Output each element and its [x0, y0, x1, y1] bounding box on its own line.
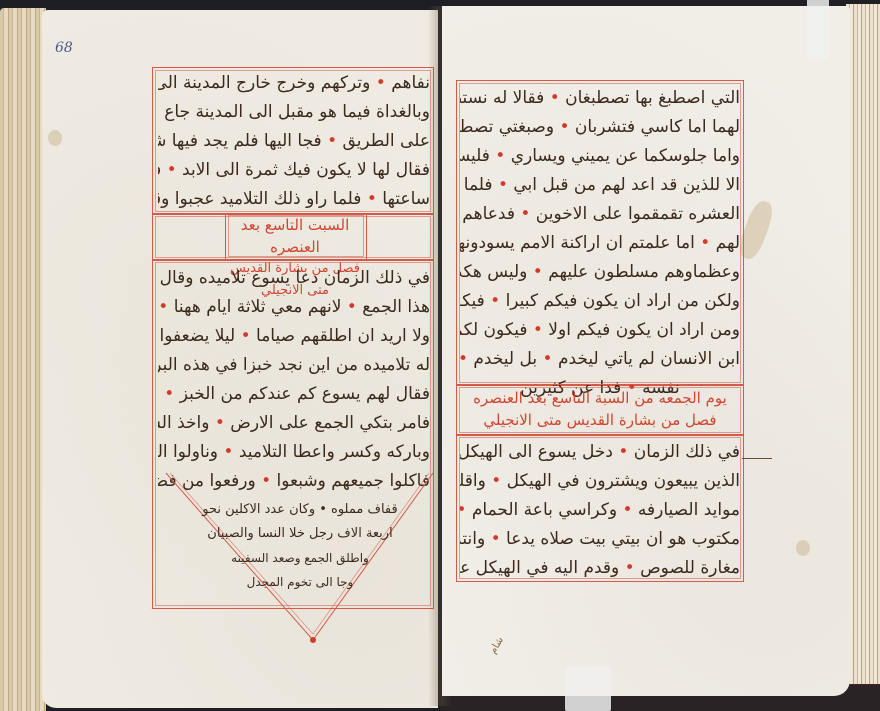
rubric-title: السبت التاسع بعد العنصره	[225, 214, 365, 258]
text-line: له تلاميده من اين نجد خبزا في هذه البريه…	[158, 351, 430, 380]
paper-stain	[796, 540, 810, 556]
text-line: الذين يبيعون ويشترون في الهيكل • واقلب	[460, 467, 740, 496]
text-line: في ذلك الزمان • دخل يسوع الى الهيكل واخر…	[460, 438, 740, 467]
text-line: نفاهم • وتركهم وخرج خارج المدينة الى بيت…	[158, 69, 430, 98]
text-line: فقال لها لا يكون فيك ثمرة الى الابد • في…	[158, 156, 430, 185]
folio-number: 68	[55, 40, 73, 56]
text-line: وجا الى تخوم المجدل	[200, 570, 400, 594]
bookmark-tab-bottom	[565, 666, 611, 711]
rubric-subtitle: فصل من بشارة القديس متى الانجيلي	[460, 409, 740, 431]
right-body-text: في ذلك الزمان • دخل يسوع الى الهيكل واخر…	[460, 438, 740, 583]
left-body-text: في ذلك الزمان دعا يسوع تلاميده وقال لهم …	[158, 264, 430, 496]
text-line: وباركه وكسر واعطا التلاميد • وناولوا الت…	[158, 438, 430, 467]
text-line: وبالغداة فيما هو مقبل الى المدينة جاع • …	[158, 98, 430, 127]
text-line: ابن الانسان لم ياتي ليخدم • بل ليخدم • و…	[460, 345, 740, 374]
text-line: لهم • اما علمتم ان اراكنة الامم يسودونهم	[460, 229, 740, 258]
text-line: العشره تقمقموا على الاخوين • فدعاهم يسوع…	[460, 200, 740, 229]
text-line: فقال لهم يسوع كم عندكم من الخبز • فقالوا…	[158, 380, 430, 409]
margin-line	[742, 458, 772, 459]
text-line: موايد الصيارفه • وكراسي باعة الحمام • وق…	[460, 496, 740, 525]
text-line: الا للذين قد اعد لهم من قبل ابي • فلما س…	[460, 171, 740, 200]
page-edges-right	[846, 4, 880, 684]
text-line: التي اصطبغ بها تصطبغان • فقالا له نستطيع…	[460, 84, 740, 113]
text-line: هذا الجمع • لانهم معي ثلاثة ايام ههنا • …	[158, 293, 430, 322]
page-edges-left	[0, 8, 46, 711]
text-line: على الطريق • فجا اليها فلم يجد فيها شيا …	[158, 127, 430, 156]
text-line: قفاف مملوه • وكان عدد الاكلين نحو	[200, 498, 400, 522]
text-line: ساعتها • فلما راو ذلك التلاميد عجبوا وقا…	[158, 185, 430, 214]
triangle-text: قفاف مملوه • وكان عدد الاكلين نحو اربعة …	[200, 498, 400, 594]
rubric-title: يوم الجمعه من السبة التاسع بعد العنصره	[460, 387, 740, 409]
text-line: واما جلوسكما عن يميني ويساري • فليس لي ا…	[460, 142, 740, 171]
right-top-text: التي اصطبغ بها تصطبغان • فقالا له نستطيع…	[460, 84, 740, 403]
text-line: مكتوب هو ان بيتي بيت صلاه يدعا • وانتم ج…	[460, 525, 740, 554]
right-rubric: يوم الجمعه من السبة التاسع بعد العنصره ف…	[460, 387, 740, 431]
paper-stain	[48, 130, 62, 146]
open-manuscript: 68 نفاهم • وتركهم وخرج خارج المدينة الى …	[0, 0, 880, 711]
text-line: مغارة للصوص • وقدم اليه في الهيكل عميان …	[460, 554, 740, 583]
text-line: ولا اريد ان اطلقهم صياما • ليلا يضعفوا ف…	[158, 322, 430, 351]
text-line: وعظماوهم مسلطون عليهم • وليس هكذا يكون ف…	[460, 258, 740, 287]
text-line: ومن اراد ان يكون فيكم اولا • فيكون لكم ع…	[460, 316, 740, 345]
text-line: في ذلك الزمان دعا يسوع تلاميده وقال لهم …	[158, 264, 430, 293]
text-line: ولكن من اراد ان يكون فيكم كبيرا • فيكون …	[460, 287, 740, 316]
left-top-text: نفاهم • وتركهم وخرج خارج المدينة الى بيت…	[158, 69, 430, 214]
bookmark-tab-top	[807, 0, 829, 62]
text-line: فامر بتكي الجمع على الارض • واخذ السبع خ…	[158, 409, 430, 438]
text-line: واطلق الجمع وصعد السفينه	[200, 546, 400, 570]
text-line: اربعة الاف رجل خلا النسا والصبيان	[200, 522, 400, 546]
text-line: لهما اما كاسي فتشربان • وصبغتي تصطبغان	[460, 113, 740, 142]
